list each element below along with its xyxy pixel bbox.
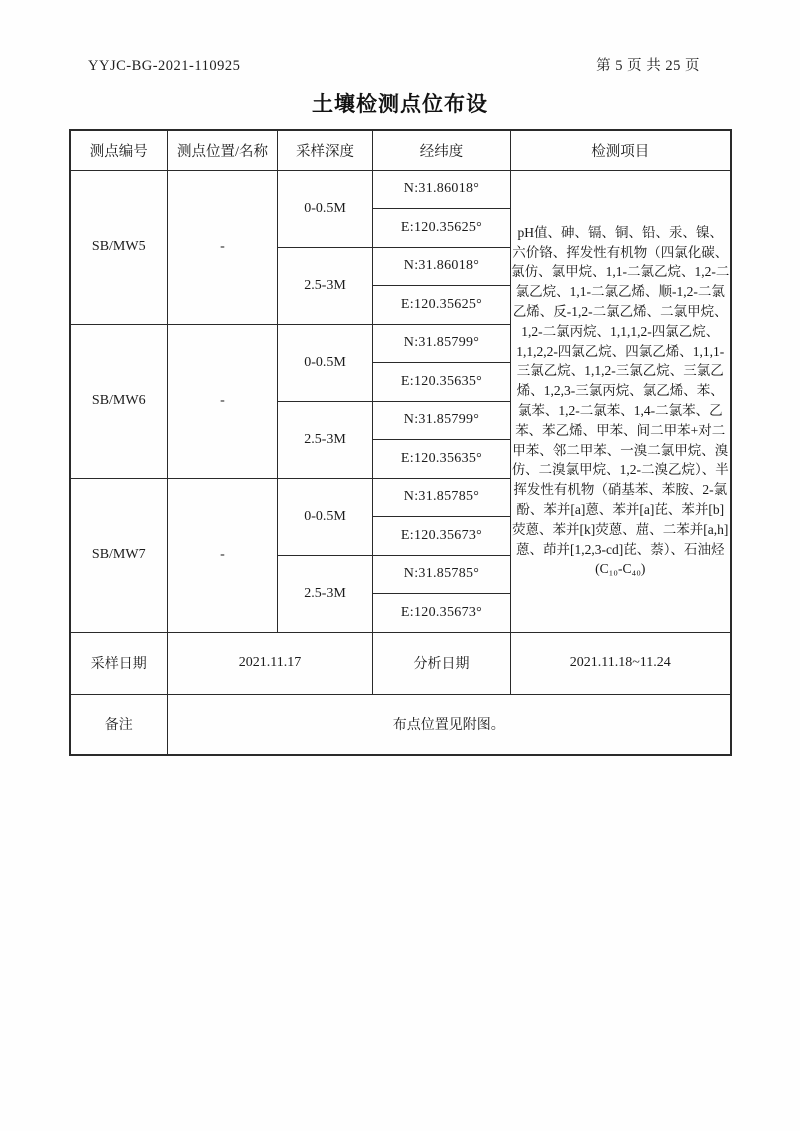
depth-cell: 2.5-3M [278, 555, 373, 632]
scanned-report-page: YYJC-BG-2021-110925 第 5 页 共 25 页 土壤检测点位布… [0, 0, 800, 1131]
depth-cell: 0-0.5M [278, 170, 373, 247]
col-header-detection-items: 检测项目 [511, 130, 731, 170]
table-row: SB/MW5 - 0-0.5M N:31.86018° pH值、砷、镉、铜、铅、… [70, 170, 731, 209]
site-id-cell: SB/MW7 [70, 478, 168, 632]
latitude-cell: N:31.85799° [373, 324, 511, 363]
sampling-date-label: 采样日期 [70, 632, 168, 694]
latitude-cell: N:31.85785° [373, 478, 511, 517]
latitude-cell: N:31.86018° [373, 247, 511, 286]
site-id-cell: SB/MW6 [70, 324, 168, 478]
latitude-cell: N:31.86018° [373, 170, 511, 209]
remark-row: 备注 布点位置见附图。 [70, 694, 731, 755]
longitude-cell: E:120.35635° [373, 440, 511, 479]
remark-label: 备注 [70, 694, 168, 755]
dates-row: 采样日期 2021.11.17 分析日期 2021.11.18~11.24 [70, 632, 731, 694]
analysis-date-value: 2021.11.18~11.24 [511, 632, 731, 694]
location-cell: - [168, 324, 278, 478]
depth-cell: 0-0.5M [278, 478, 373, 555]
depth-cell: 0-0.5M [278, 324, 373, 401]
col-header-sampling-depth: 采样深度 [278, 130, 373, 170]
col-header-point-id: 测点编号 [70, 130, 168, 170]
longitude-cell: E:120.35673° [373, 517, 511, 556]
analysis-date-label: 分析日期 [373, 632, 511, 694]
location-cell: - [168, 170, 278, 324]
latitude-cell: N:31.85799° [373, 401, 511, 440]
col-header-location-name: 测点位置/名称 [168, 130, 278, 170]
longitude-cell: E:120.35625° [373, 209, 511, 248]
site-id-cell: SB/MW5 [70, 170, 168, 324]
depth-cell: 2.5-3M [278, 247, 373, 324]
depth-cell: 2.5-3M [278, 401, 373, 478]
latitude-cell: N:31.85785° [373, 555, 511, 594]
page-title: 土壤检测点位布设 [0, 88, 800, 118]
soil-sampling-table: 测点编号 测点位置/名称 采样深度 经纬度 检测项目 SB/MW5 - 0-0.… [69, 129, 732, 756]
remark-value: 布点位置见附图。 [168, 694, 731, 755]
location-cell: - [168, 478, 278, 632]
page-number-info: 第 5 页 共 25 页 [596, 54, 700, 75]
col-header-coordinates: 经纬度 [373, 130, 511, 170]
table-header-row: 测点编号 测点位置/名称 采样深度 经纬度 检测项目 [70, 130, 731, 170]
document-number: YYJC-BG-2021-110925 [88, 58, 240, 75]
document-header: YYJC-BG-2021-110925 第 5 页 共 25 页 [0, 54, 800, 75]
detection-items-cell: pH值、砷、镉、铜、铅、汞、镍、六价铬、挥发性有机物（四氯化碳、氯仿、氯甲烷、1… [511, 170, 731, 632]
longitude-cell: E:120.35625° [373, 286, 511, 325]
longitude-cell: E:120.35635° [373, 363, 511, 402]
longitude-cell: E:120.35673° [373, 594, 511, 633]
sampling-date-value: 2021.11.17 [168, 632, 373, 694]
